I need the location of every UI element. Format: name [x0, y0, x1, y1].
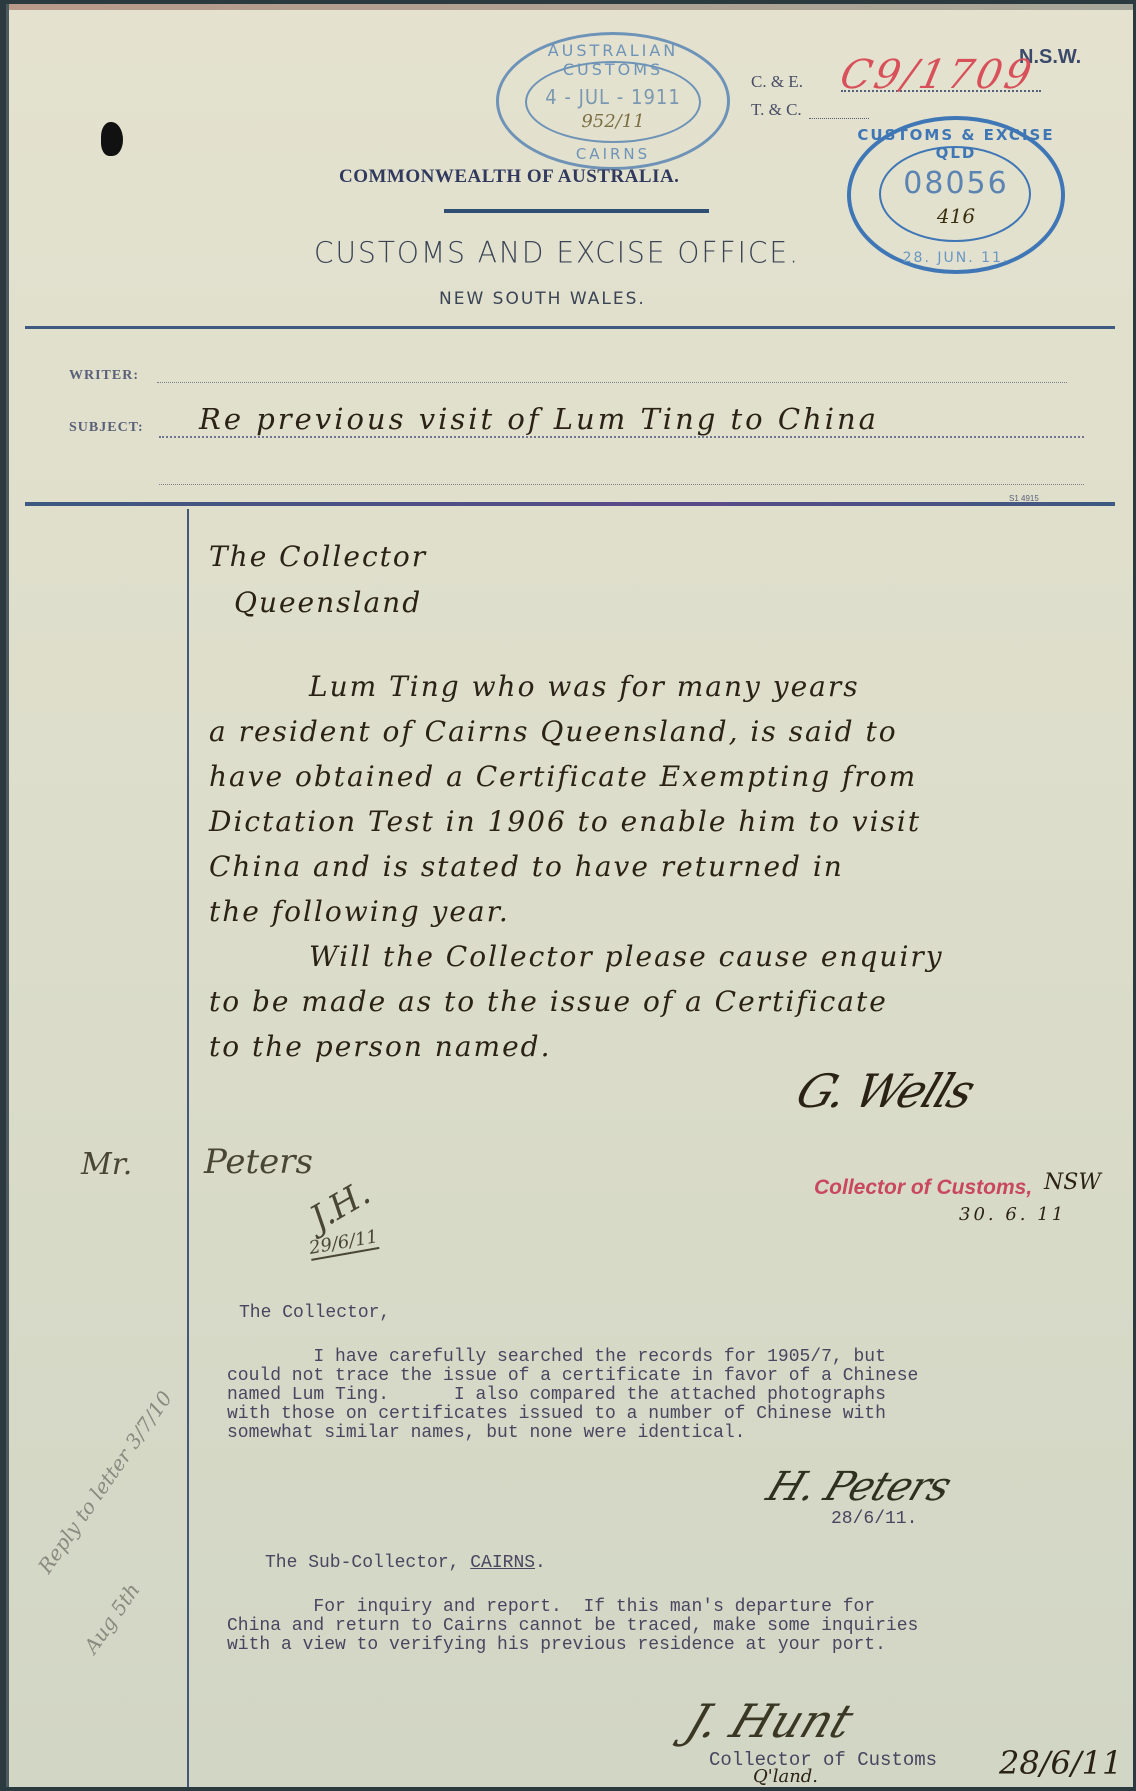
writer-field	[157, 382, 1067, 383]
signature-wells: G. Wells	[789, 1064, 981, 1118]
state-name: NEW SOUTH WALES.	[439, 289, 646, 309]
stamp-date: 4 - JUL - 1911	[499, 85, 727, 109]
letter-line: Will the Collector please cause enquiry	[209, 934, 1109, 979]
letter-line: the following year.	[209, 889, 1109, 934]
document-page: AUSTRALIAN CUSTOMS 4 - JUL - 1911 952/11…	[6, 4, 1133, 1787]
subject-continuation-line	[159, 484, 1084, 485]
letter-line: to be made as to the issue of a Certific…	[209, 979, 1109, 1024]
letter-line: Dictation Test in 1906 to enable him to …	[209, 799, 1109, 844]
reply2-addressee: The Sub-Collector, CAIRNS.	[265, 1554, 546, 1573]
addressee-suffix: .	[535, 1553, 546, 1573]
addressee-title: The Sub-Collector,	[265, 1553, 470, 1573]
subject-field: Re previous visit of Lum Ting to China	[199, 402, 879, 436]
margin-note: Mr.	[81, 1147, 132, 1182]
reply1-date: 28/6/11.	[831, 1509, 917, 1529]
signatory-location: NSW	[1044, 1170, 1101, 1195]
letter-line: have obtained a Certificate Exempting fr…	[209, 754, 1109, 799]
ce-label: C. & E.	[751, 72, 803, 92]
qld-customs-stamp: CUSTOMS & EXCISE QLD 08056 416 28. JUN. …	[847, 116, 1065, 274]
reply1-addressee: The Collector,	[239, 1304, 390, 1323]
addressee-place: CAIRNS	[470, 1553, 535, 1573]
stamp-ring-text: CUSTOMS & EXCISE QLD	[851, 126, 1061, 162]
stamp-number: 952/11	[499, 111, 727, 132]
writer-label: WRITER:	[69, 368, 139, 384]
stamp-ring-text: AUSTRALIAN CUSTOMS	[499, 41, 727, 79]
stamp-date: 28. JUN. 11.	[851, 250, 1061, 266]
reply2-signatory: Collector of Customs	[709, 1749, 937, 1771]
reply2-body: For inquiry and report. If this man's de…	[227, 1598, 918, 1655]
subject-dotted-line	[159, 436, 1084, 438]
form-divider	[25, 502, 1115, 506]
stamp-number: 08056	[851, 166, 1061, 201]
tc-label: T. & C.	[751, 100, 802, 120]
letter-body: Lum Ting who was for many years a reside…	[209, 664, 1109, 1069]
reply2-date: 28/6/11	[999, 1744, 1122, 1782]
reply1-body: I have carefully searched the records fo…	[227, 1348, 918, 1443]
pencil-annotation: Aug 5th	[79, 1578, 145, 1657]
page-title: COMMONWEALTH OF AUSTRALIA.	[339, 166, 679, 188]
stamp-sub-number: 416	[851, 204, 1061, 228]
letter-line: a resident of Cairns Queensland, is said…	[209, 709, 1109, 754]
header-divider	[25, 326, 1115, 329]
letter-line: Lum Ting who was for many years	[209, 664, 1109, 709]
margin-rule	[187, 509, 189, 1787]
letter-addressee: The Collector	[209, 534, 427, 579]
signature-peters: H. Peters	[761, 1464, 957, 1510]
letter-line: to the person named.	[209, 1024, 1109, 1069]
reference-number: C9/1709	[836, 52, 1038, 98]
letter-line: China and is stated to have returned in	[209, 844, 1109, 889]
signature-hunt: J. Hunt	[679, 1694, 861, 1748]
pencil-annotation: Reply to letter 3/7/10	[33, 1387, 177, 1578]
margin-note-peters: Peters	[204, 1142, 313, 1182]
punch-hole	[101, 122, 123, 156]
tc-dotted-line	[809, 118, 869, 119]
cairns-customs-stamp: AUSTRALIAN CUSTOMS 4 - JUL - 1911 952/11…	[496, 32, 730, 170]
title-rule	[444, 209, 709, 213]
office-name: CUSTOMS AND EXCISE OFFICE.	[314, 235, 800, 270]
reply2-location: Q'land.	[753, 1766, 818, 1787]
letter-addressee-location: Queensland	[234, 580, 422, 625]
stamp-ring-bottom: CAIRNS	[499, 145, 727, 163]
collector-stamp: Collector of Customs,	[814, 1176, 1032, 1200]
letter-date: 30. 6. 11	[959, 1204, 1066, 1225]
paper-top-edge	[9, 4, 1133, 10]
subject-label: SUBJECT:	[69, 420, 144, 436]
